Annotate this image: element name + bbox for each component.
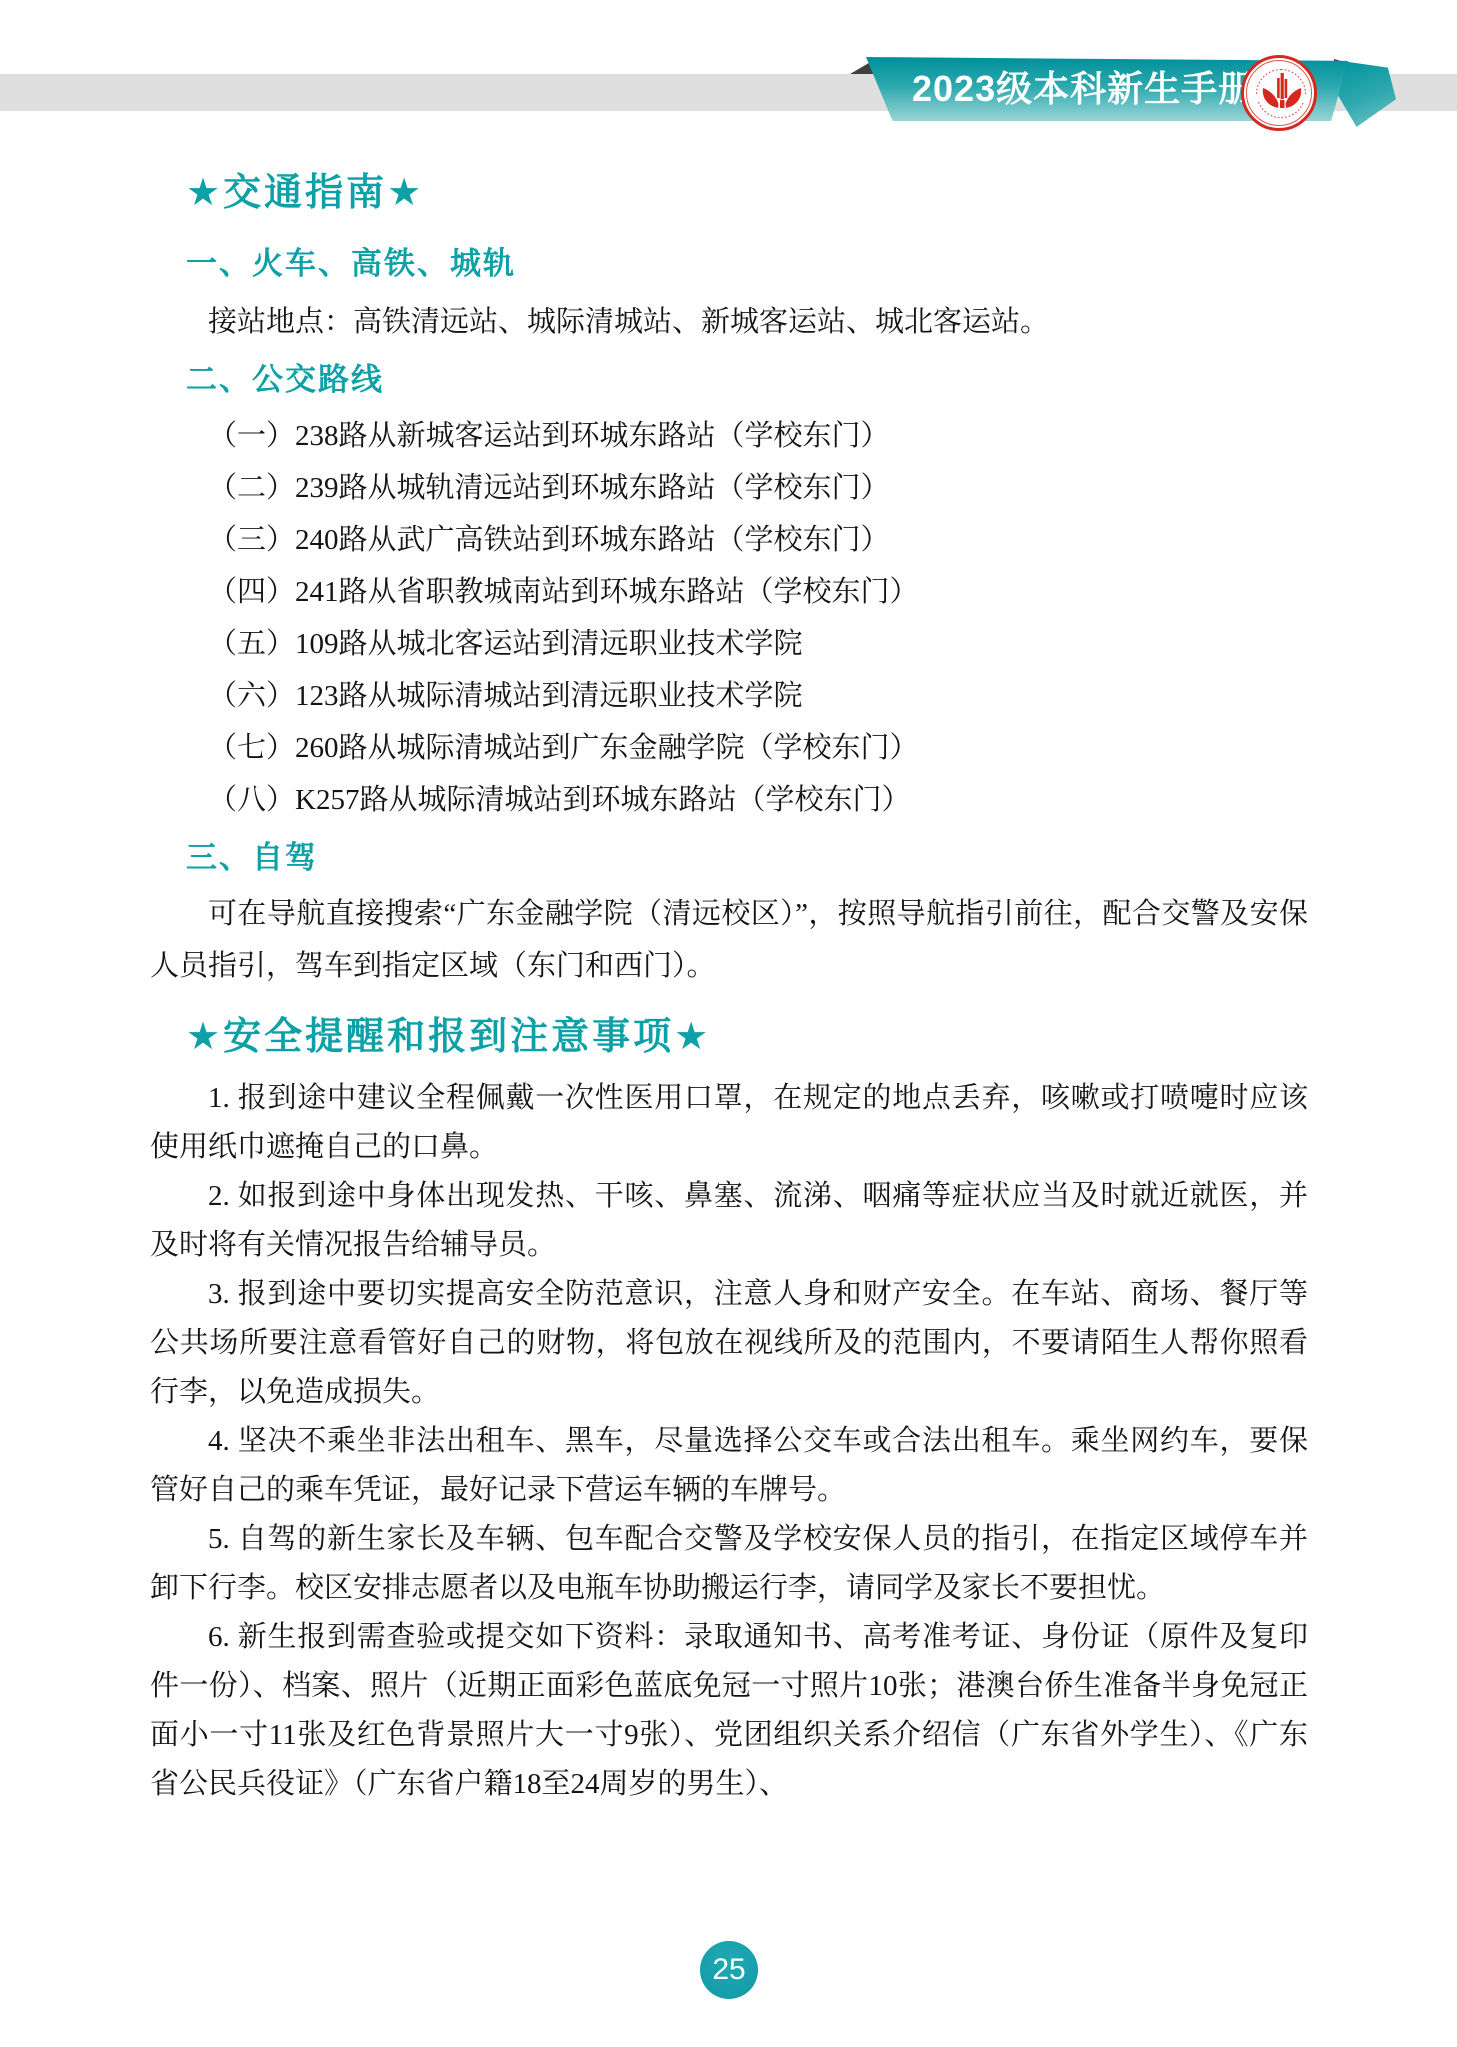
ribbon-tail bbox=[1338, 61, 1396, 127]
page-number: 25 bbox=[712, 1953, 745, 1986]
bus-route-6: （六）123路从城际清城站到清远职业技术学院 bbox=[150, 670, 1308, 722]
safety-item-2: 2. 如报到途中身体出现发热、干咳、鼻塞、流涕、咽痛等症状应当及时就近就医，并及… bbox=[150, 1172, 1308, 1270]
safety-item-1: 1. 报到途中建议全程佩戴一次性医用口罩，在规定的地点丢弃，咳嗽或打喷嚏时应该使… bbox=[150, 1074, 1308, 1172]
safety-item-6: 6. 新生报到需查验或提交如下资料：录取通知书、高考准考证、身份证（原件及复印件… bbox=[150, 1613, 1308, 1809]
bus-route-8: （八）K257路从城际清城站到环城东路站（学校东门） bbox=[150, 774, 1308, 826]
bus-route-5: （五）109路从城北客运站到清远职业技术学院 bbox=[150, 618, 1308, 670]
safety-item-4: 4. 坚决不乘坐非法出租车、黑车，尽量选择公交车或合法出租车。乘坐网约车，要保管… bbox=[150, 1417, 1308, 1515]
section-title-safety-notes: ★安全提醒和报到注意事项★ bbox=[186, 1012, 1308, 1062]
heading-self-drive: 三、自驾 bbox=[186, 836, 1308, 880]
heading-bus-routes: 二、公交路线 bbox=[186, 358, 1308, 402]
safety-item-5: 5. 自驾的新生家长及车辆、包车配合交警及学校安保人员的指引，在指定区域停车并卸… bbox=[150, 1515, 1308, 1613]
bus-route-1: （一）238路从新城客运站到环城东路站（学校东门） bbox=[150, 410, 1308, 462]
section-title-traffic-guide: ★交通指南★ bbox=[186, 168, 1308, 218]
page-number-badge: 25 bbox=[700, 1941, 758, 1999]
gduf-seal-icon bbox=[1241, 55, 1317, 131]
seal-emblem-icon bbox=[1251, 64, 1311, 126]
safety-item-3: 3. 报到途中要切实提高安全防范意识，注意人身和财产安全。在车站、商场、餐厅等公… bbox=[150, 1270, 1308, 1417]
bus-route-3: （三）240路从武广高铁站到环城东路站（学校东门） bbox=[150, 514, 1308, 566]
heading-train-rail: 一、火车、高铁、城轨 bbox=[186, 242, 1308, 286]
self-drive-paragraph: 可在导航直接搜索“广东金融学院（清远校区）”，按照导航指引前往，配合交警及安保人… bbox=[150, 888, 1308, 992]
banner-title: 2023级本科新生手册 bbox=[912, 68, 1255, 109]
bus-route-4: （四）241路从省职教城南站到环城东路站（学校东门） bbox=[150, 566, 1308, 618]
page-content: ★交通指南★ 一、火车、高铁、城轨 接站地点：高铁清远站、城际清城站、新城客运站… bbox=[150, 168, 1308, 1809]
bus-route-2: （二）239路从城轨清远站到环城东路站（学校东门） bbox=[150, 462, 1308, 514]
bus-route-7: （七）260路从城际清城站到广东金融学院（学校东门） bbox=[150, 722, 1308, 774]
handbook-page: 2023级本科新生手册 ★交通指南★ 一、 bbox=[0, 0, 1457, 2047]
pickup-locations-line: 接站地点：高铁清远站、城际清城站、新城客运站、城北客运站。 bbox=[150, 296, 1308, 348]
